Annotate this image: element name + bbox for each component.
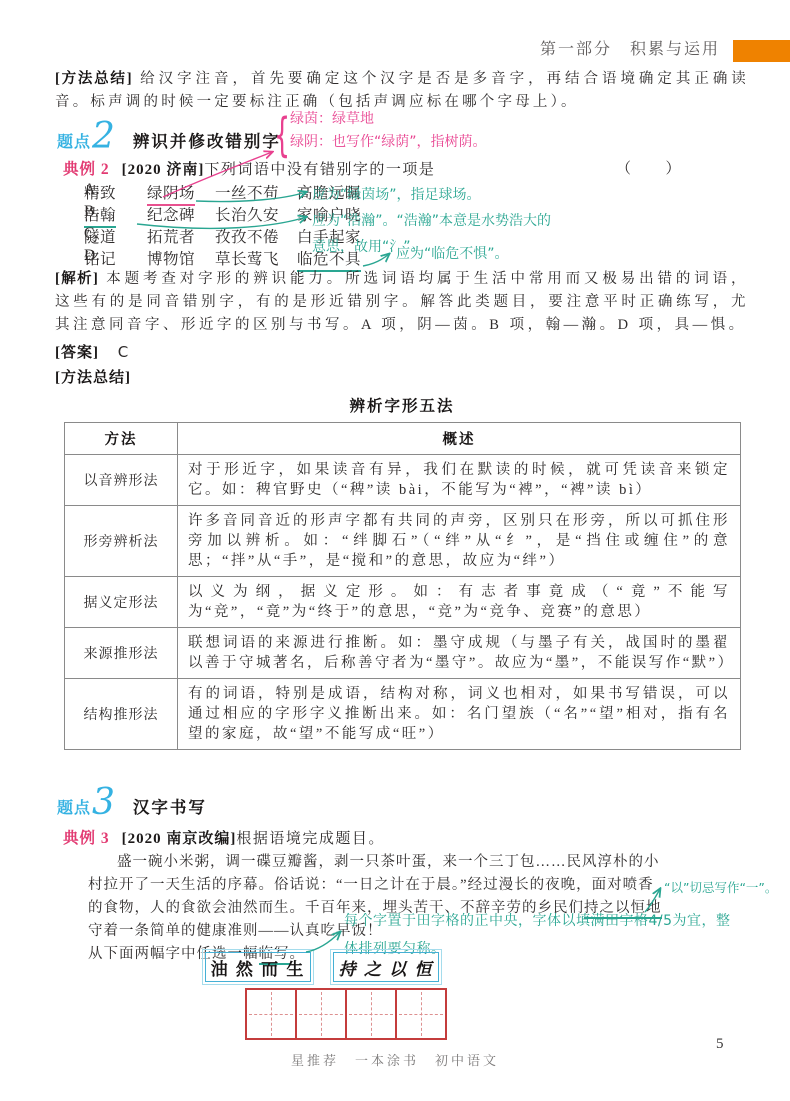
option-b-word2: 纪念碑 bbox=[147, 203, 195, 225]
topic3-prefix: 题点 bbox=[57, 795, 91, 818]
option-d-word3: 草长莺飞 bbox=[215, 247, 279, 269]
header-section-label: 积累与运用 bbox=[630, 41, 720, 58]
note-brace: { bbox=[274, 108, 290, 162]
method-summary-1: [方法总结] 给汉字注音，首先要确定这个汉字是否是多音字，再结合语境确定其正确读… bbox=[55, 68, 749, 114]
topic3-title: 汉字书写 bbox=[133, 794, 207, 818]
answer-row: [答案] C bbox=[55, 341, 749, 362]
textbook-page: 第一部分积累与运用 [方法总结] 给汉字注音，首先要确定这个汉字是否是多音字，再… bbox=[0, 0, 790, 1101]
practice-grid-cell bbox=[395, 988, 447, 1040]
method-name: 以音辨形法 bbox=[65, 455, 178, 506]
example3-source: [2020 南京改编] bbox=[122, 831, 237, 847]
paragraph-line-4: 守着一条简单的健康准则——认真吃早饭！ bbox=[88, 919, 383, 940]
analysis-paragraph: [解析] 本题考查对字形的辨识能力。所选词语均属于生活中常用而又极易出错的词语，… bbox=[55, 268, 749, 337]
page-header: 第一部分积累与运用 bbox=[540, 36, 720, 59]
answer-value: C bbox=[118, 343, 129, 361]
topic2-title: 辨识并修改错别字 bbox=[133, 128, 281, 152]
annotation-grid-line1: 每个字置于田字格的正中央，字体以填满田字格4/5为宜，整 bbox=[344, 910, 731, 930]
table-header-description: 概述 bbox=[178, 423, 741, 455]
method-name: 形旁辨析法 bbox=[65, 506, 178, 577]
topic3-heading: 题点 3 汉字书写 bbox=[57, 788, 207, 818]
topic2-heading: 题点 2 辨识并修改错别字 bbox=[57, 122, 281, 152]
topic2-prefix: 题点 bbox=[57, 129, 91, 152]
table-title: 辨析字形五法 bbox=[55, 394, 749, 416]
method-name: 来源推形法 bbox=[65, 628, 178, 679]
example3-stem: 典例 3 [2020 南京改编]根据语境完成题目。 bbox=[63, 826, 385, 848]
method-name: 结构推形法 bbox=[65, 679, 178, 750]
topic2-note-line1: 绿茵：绿草地 bbox=[290, 108, 374, 130]
topic3-number: 3 bbox=[92, 788, 115, 818]
table-row: 来源推形法 联想词语的来源进行推断。如：墨守成规（与墨子有关，战国时的墨翟以善于… bbox=[65, 628, 741, 679]
annotation-option-b-line1: 应为“浩瀚”。“浩瀚”本意是水势浩大的 bbox=[312, 210, 551, 230]
example2-question: 下列词语中没有错别字的一项是 bbox=[204, 162, 435, 178]
method-name: 据义定形法 bbox=[65, 577, 178, 628]
example2-label: 典例 2 bbox=[63, 161, 110, 178]
option-b-word3: 长治久安 bbox=[215, 203, 279, 225]
annotation-option-d: 应为“临危不惧”。 bbox=[396, 243, 509, 263]
analysis-text: 本题考查对字形的辨识能力。所选词语均属于生活中常用而又极易出错的词语，这些有的是… bbox=[55, 271, 749, 333]
method-summary-2-label: [方法总结] bbox=[55, 370, 131, 386]
option-d-word2: 博物馆 bbox=[147, 247, 195, 269]
table-row: 据义定形法 以义为纲，据义定形。如：有志者事竟成（“竟”不能写为“竞”，“竟”为… bbox=[65, 577, 741, 628]
header-orange-tab bbox=[733, 40, 790, 62]
five-methods-table: 方法 概述 以音辨形法 对于形近字，如果读音有异，我们在默读的时候，就可凭读音来… bbox=[64, 422, 741, 750]
option-c-word1: 隧道 bbox=[84, 225, 116, 247]
method-description: 以义为纲，据义定形。如：有志者事竟成（“竟”不能写为“竞”，“竟”为“终于”的意… bbox=[178, 577, 741, 628]
copybook-box-chizhiyiheng: 持 之 以 恒 bbox=[333, 952, 439, 982]
table-header-row: 方法 概述 bbox=[65, 423, 741, 455]
option-a-word3: 一丝不苟 bbox=[215, 181, 279, 203]
annotation-option-a: 应为“绿茵场”，指足球场。 bbox=[312, 184, 481, 204]
method-summary-2: [方法总结] bbox=[55, 366, 749, 387]
option-c-word3: 孜孜不倦 bbox=[215, 225, 279, 247]
option-d-word1: 铭记 bbox=[84, 247, 116, 269]
method-summary-label: [方法总结] bbox=[55, 71, 133, 87]
example3-intro: 根据语境完成题目。 bbox=[236, 831, 385, 847]
method-description: 联想词语的来源进行推断。如：墨守成规（与墨子有关，战国时的墨翟以善于守城著名，后… bbox=[178, 628, 741, 679]
annotation-yi: “以”切忌写作“一”。 bbox=[664, 878, 777, 896]
paragraph-line-2: 村拉开了一天生活的序幕。俗话说：“一日之计在于晨。”经过漫长的夜晚，面对喷香 bbox=[88, 873, 654, 894]
analysis-block: [解析] 本题考查对字形的辨识能力。所选词语均属于生活中常用而又极易出错的词语，… bbox=[55, 268, 749, 750]
page-number: 5 bbox=[716, 1036, 724, 1053]
method-description: 有的词语，特别是成语，结构对称，词义也相对，如果书写错误，可以通过相应的字形字义… bbox=[178, 679, 741, 750]
practice-grid-cell bbox=[345, 988, 397, 1040]
analysis-label: [解析] bbox=[55, 271, 99, 287]
answer-blank: （ ） bbox=[616, 157, 682, 178]
footer-imprint: 星推荐 一本涂书 初中语文 bbox=[0, 1050, 790, 1069]
paragraph-line-1: 盛一碗小米粥，调一碟豆瓣酱，剥一只茶叶蛋，来一个三丁包……民风淳朴的小 bbox=[117, 850, 660, 871]
practice-grid-cell bbox=[295, 988, 347, 1040]
example3-label: 典例 3 bbox=[63, 830, 110, 847]
method-summary-text: 给汉字注音，首先要确定这个汉字是否是多音字，再结合语境确定其正确读音。标声调的时… bbox=[55, 71, 749, 110]
topic2-number: 2 bbox=[92, 122, 115, 152]
table-row: 以音辨形法 对于形近字，如果读音有异，我们在默读的时候，就可凭读音来锁定它。如：… bbox=[65, 455, 741, 506]
method-description: 对于形近字，如果读音有异，我们在默读的时候，就可凭读音来锁定它。如：稗官野史（“… bbox=[178, 455, 741, 506]
answer-label: [答案] bbox=[55, 345, 99, 361]
option-a-word1: 精致 bbox=[84, 181, 116, 203]
table-header-method: 方法 bbox=[65, 423, 178, 455]
example2-stem: 典例 2 [2020 济南]下列词语中没有错别字的一项是 bbox=[63, 157, 435, 179]
topic2-note-line2: 绿阴：也写作“绿荫”，指树荫。 bbox=[290, 131, 487, 153]
table-row: 形旁辨析法 许多音同音近的形声字都有共同的声旁，区别只在形旁，所以可抓住形旁加以… bbox=[65, 506, 741, 577]
option-c-word2: 拓荒者 bbox=[147, 225, 195, 247]
copybook-box-youranersheng: 油 然 而 生 bbox=[205, 952, 311, 982]
example2-source: [2020 济南] bbox=[122, 162, 205, 178]
header-part-label: 第一部分 bbox=[540, 41, 612, 58]
method-description: 许多音同音近的形声字都有共同的声旁，区别只在形旁，所以可抓住形旁加以辨析。如：“… bbox=[178, 506, 741, 577]
table-row: 结构推形法 有的词语，特别是成语，结构对称，词义也相对，如果书写错误，可以通过相… bbox=[65, 679, 741, 750]
practice-grid-cell bbox=[245, 988, 297, 1040]
